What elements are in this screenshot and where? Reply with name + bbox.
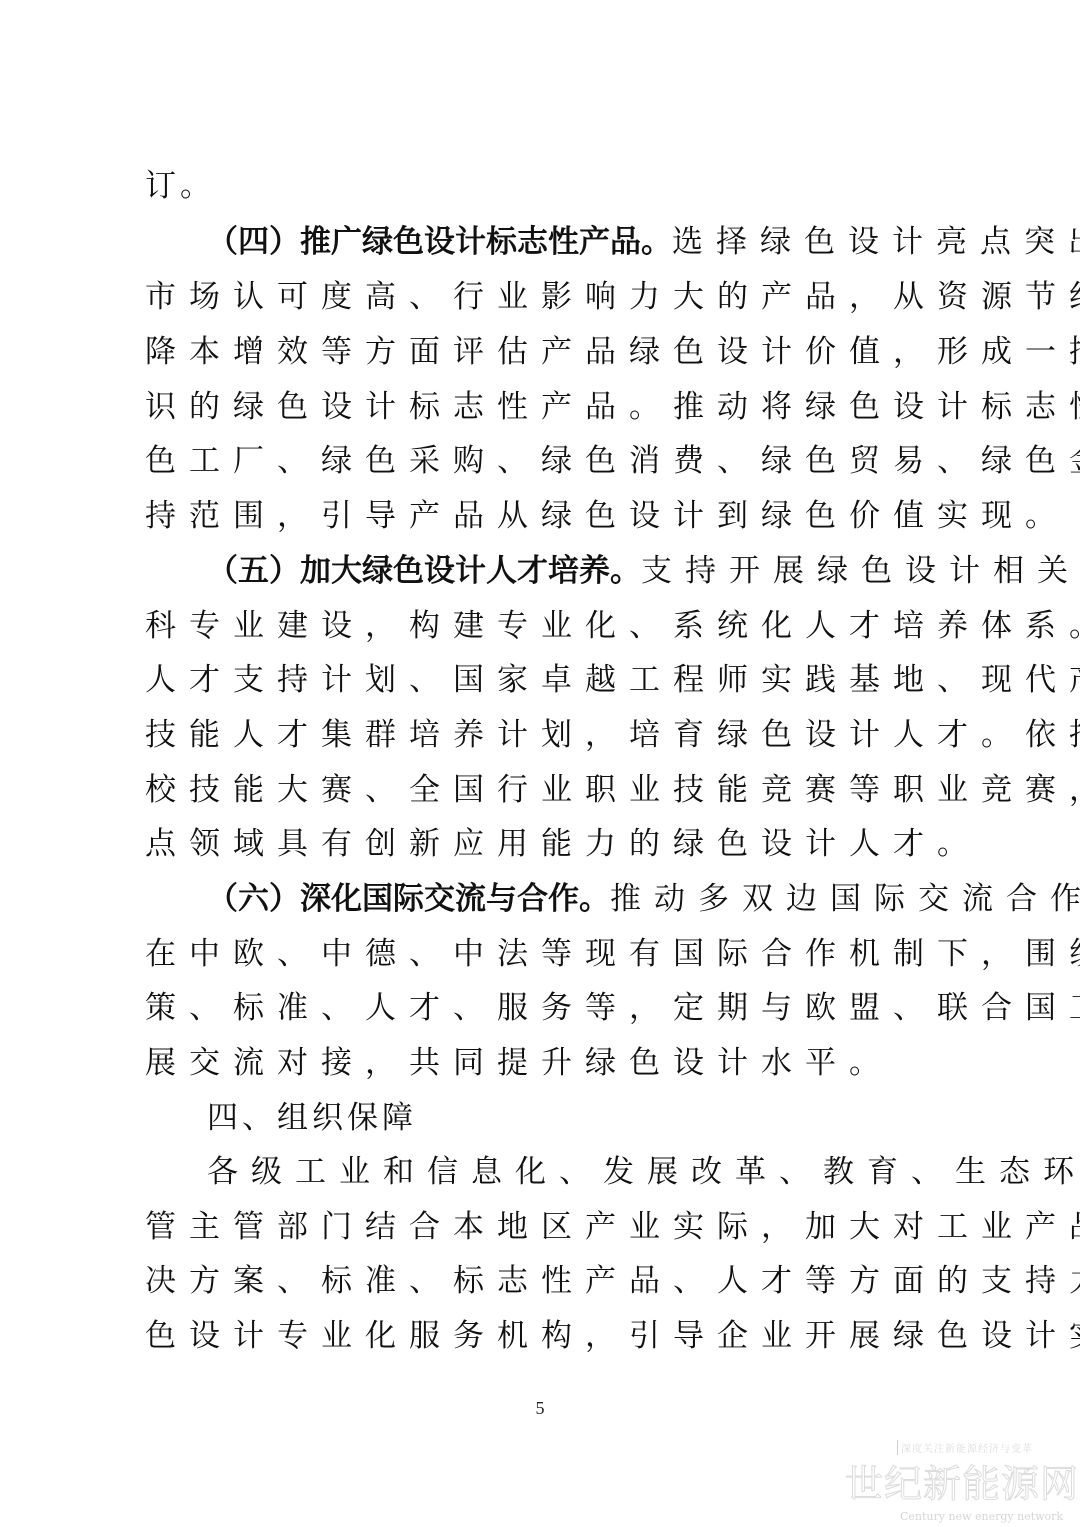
text-line: 市场认可度高、行业影响力大的产品，从资源节约、降碳减污、 [145,277,937,317]
line-text: 决方案、标准、标志性产品、人才等方面的支持力度，培育绿 [145,1263,1080,1299]
document-page: 订。 （四）推广绿色设计标志性产品。选择绿色设计亮点突出、 市场认可度高、行业影… [0,0,1080,1527]
text-line: 各级工业和信息化、发展改革、教育、生态环境、市场监 [207,1152,937,1192]
watermark-title: 世纪新能源网 [845,1453,1079,1508]
line-text: 各级工业和信息化、发展改革、教育、生态环境、市场监 [207,1154,1080,1190]
line-text: 色工厂、绿色采购、绿色消费、绿色贸易、绿色金融等政策支 [145,443,1080,479]
text-line: 点领域具有创新应用能力的绿色设计人才。 [145,824,937,864]
line-text: 技能人才集群培养计划，培育绿色设计人才。依托世界职业院 [145,717,1080,753]
line-text: 支持开展绿色设计相关学 [641,553,1080,589]
line-text: 推动多双边国际交流合作， [610,881,1080,917]
section-6-title: （六）深化国际交流与合作。 [207,881,610,917]
line-text: 点领域具有创新应用能力的绿色设计人才。 [145,826,981,862]
text-line: 在中欧、中德、中法等现有国际合作机制下，围绕绿色设计政 [145,934,937,974]
line-text: 在中欧、中德、中法等现有国际合作机制下，围绕绿色设计政 [145,936,1080,972]
text-line: 校技能大赛、全国行业职业技能竞赛等职业竞赛，培养一批重 [145,770,937,810]
line-text: 科专业建设，构建专业化、系统化人才培养体系。依托制造业 [145,608,1080,644]
text-line: 识的绿色设计标志性产品。推动将绿色设计标志性产品纳入绿 [145,387,937,427]
section-5-heading-line: （五）加大绿色设计人才培养。支持开展绿色设计相关学 [207,551,937,591]
text-line: 人才支持计划、国家卓越工程师实践基地、现代产业学院和高 [145,660,937,700]
page-number: 5 [0,1398,1080,1419]
section-4-heading-line: （四）推广绿色设计标志性产品。选择绿色设计亮点突出、 [207,222,937,262]
text-line: 展交流对接，共同提升绿色设计水平。 [145,1043,937,1083]
line-text: 市场认可度高、行业影响力大的产品，从资源节约、降碳减污、 [145,279,1080,315]
watermark-subtitle: Century new energy network [900,1510,1063,1523]
line-text: 持范围，引导产品从绿色设计到绿色价值实现。 [145,498,1069,534]
text-line: 科专业建设，构建专业化、系统化人才培养体系。依托制造业 [145,606,937,646]
line-text: 降本增效等方面评估产品绿色设计价值，形成一批具有行业共 [145,334,1080,370]
section-4-title: （四）推广绿色设计标志性产品。 [207,224,672,260]
line-text: 管主管部门结合本地区产业实际，加大对工业产品绿色设计解 [145,1209,1080,1245]
text-line: 技能人才集群培养计划，培育绿色设计人才。依托世界职业院 [145,715,937,755]
line-text: 选择绿色设计亮点突出、 [672,224,1080,260]
chapter-title: 四、组织保障 [207,1100,417,1136]
text-line: 色设计专业化服务机构，引导企业开展绿色设计实践。有关行 [145,1316,937,1356]
line-text: 订。 [145,168,215,204]
watermark-logo: 深度关注新能源经济与变革 世纪新能源网 Century new energy n… [845,1440,1080,1527]
line-text: 色设计专业化服务机构，引导企业开展绿色设计实践。有关行 [145,1318,1080,1354]
text-line: 持范围，引导产品从绿色设计到绿色价值实现。 [145,496,937,536]
text-line: 决方案、标准、标志性产品、人才等方面的支持力度，培育绿 [145,1261,937,1301]
text-line: 管主管部门结合本地区产业实际，加大对工业产品绿色设计解 [145,1207,937,1247]
text-line: 策、标准、人才、服务等，定期与欧盟、联合国工发组织等开 [145,988,937,1028]
text-line: 订。 [145,166,937,206]
line-text: 人才支持计划、国家卓越工程师实践基地、现代产业学院和高 [145,662,1080,698]
line-text: 策、标准、人才、服务等，定期与欧盟、联合国工发组织等开 [145,990,1080,1026]
line-text: 识的绿色设计标志性产品。推动将绿色设计标志性产品纳入绿 [145,389,1080,425]
line-text: 校技能大赛、全国行业职业技能竞赛等职业竞赛，培养一批重 [145,772,1080,808]
section-5-title: （五）加大绿色设计人才培养。 [207,553,641,589]
chapter-4-heading: 四、组织保障 [207,1098,937,1138]
text-line: 色工厂、绿色采购、绿色消费、绿色贸易、绿色金融等政策支 [145,441,937,481]
section-6-heading-line: （六）深化国际交流与合作。推动多双边国际交流合作， [207,879,937,919]
line-text: 展交流对接，共同提升绿色设计水平。 [145,1045,893,1081]
text-line: 降本增效等方面评估产品绿色设计价值，形成一批具有行业共 [145,332,937,372]
